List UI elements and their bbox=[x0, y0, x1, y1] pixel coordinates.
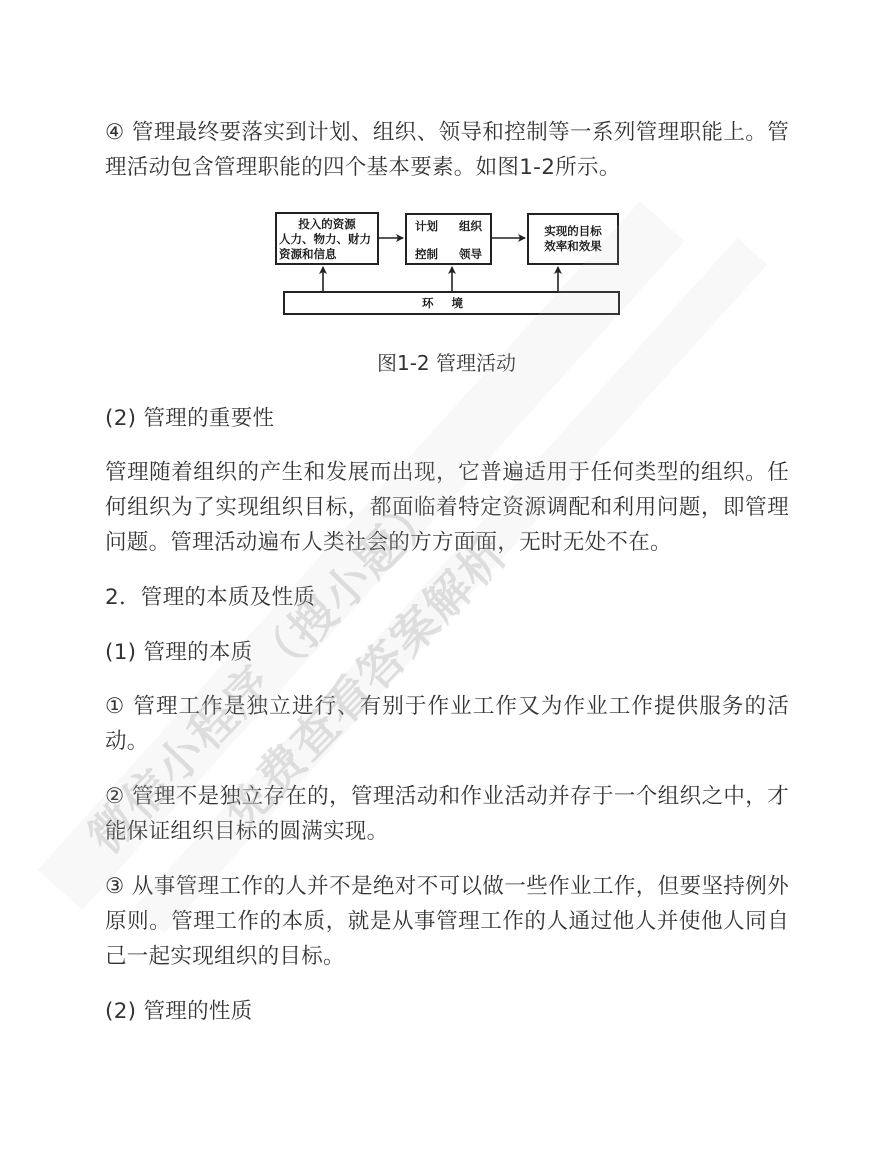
function-organize: 组织 bbox=[459, 219, 482, 234]
paragraph-importance: 管理随着组织的产生和发展而出现，它普遍适用于任何类型的组织。任何组织为了实现组织… bbox=[105, 455, 789, 560]
heading-essence: (1) 管理的本质 bbox=[105, 635, 789, 670]
heading-nature: (2) 管理的性质 bbox=[105, 994, 789, 1029]
essence-item-2: ② 管理不是独立存在的，管理活动和作业活动并存于一个组织之中，才能保证组织目标的… bbox=[105, 779, 789, 849]
document-page: ④ 管理最终要落实到计划、组织、领导和控制等一系列管理职能上。管理活动包含管理职… bbox=[0, 0, 893, 1155]
management-functions-box: 计划 组织 控制 领导 bbox=[405, 213, 492, 265]
function-lead: 领导 bbox=[459, 247, 482, 262]
figure-caption: 图1-2 管理活动 bbox=[0, 348, 893, 378]
essence-item-1: ① 管理工作是独立进行、有别于作业工作又为作业工作提供服务的活动。 bbox=[105, 689, 789, 759]
essence-item-3: ③ 从事管理工作的人并不是绝对不可以做一些作业工作，但要坚持例外原则。管理工作的… bbox=[105, 869, 789, 974]
heading-importance: (2) 管理的重要性 bbox=[105, 401, 789, 436]
input-box-line2: 人力、物力、财力 bbox=[279, 232, 375, 247]
output-goals-box: 实现的目标 效率和效果 bbox=[527, 213, 619, 265]
output-box-line2: 效率和效果 bbox=[529, 239, 617, 254]
environment-bar: 环境 bbox=[283, 291, 620, 315]
input-resources-box: 投入的资源 人力、物力、财力 资源和信息 bbox=[275, 212, 379, 265]
heading-section-2: 2．管理的本质及性质 bbox=[105, 580, 789, 615]
function-control: 控制 bbox=[415, 247, 438, 262]
paragraph-management-functions: ④ 管理最终要落实到计划、组织、领导和控制等一系列管理职能上。管理活动包含管理职… bbox=[105, 115, 789, 185]
figure-management-activity: 投入的资源 人力、物力、财力 资源和信息 计划 组织 控制 领导 实现的目标 效… bbox=[270, 205, 630, 325]
input-box-title: 投入的资源 bbox=[279, 217, 375, 232]
input-box-line3: 资源和信息 bbox=[279, 247, 375, 262]
function-plan: 计划 bbox=[415, 219, 438, 234]
output-box-line1: 实现的目标 bbox=[529, 224, 617, 239]
